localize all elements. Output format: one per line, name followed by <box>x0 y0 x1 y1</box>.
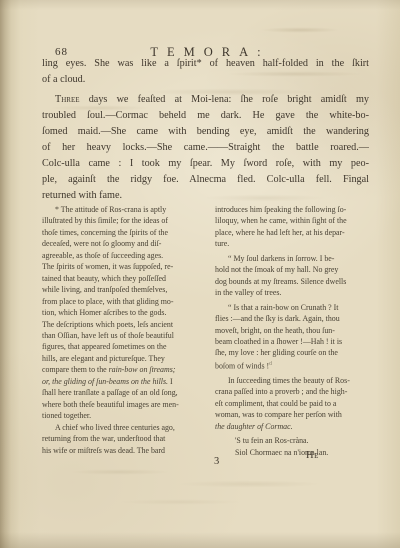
text-segment: crana paſſed into a proverb ; and the hi… <box>215 387 347 396</box>
text-segment: dog bounds at my ſtreams. Silence dwells <box>215 277 346 286</box>
text-line: flies :—and the ſky is dark. Again, thou <box>215 313 372 324</box>
text-segment: tion, which Homer aſcribes to the gods. <box>42 308 166 317</box>
text-segment: eſt compliment, that could be paid to a <box>215 399 336 408</box>
text-line: dog bounds at my ſtreams. Silence dwells <box>215 276 372 287</box>
text-line: in the valley of trees. <box>215 287 372 298</box>
text-segment: ſomed maid.—She came with bending eye, a… <box>42 126 369 137</box>
text-segment: beam cloathed in a ſhower !—Hah ! it is <box>215 337 342 346</box>
text-line: ſhe, my love : her gliding courſe on the <box>215 347 372 358</box>
text-segment: 'S tu fein an Ros-cràna. <box>235 436 309 445</box>
text-segment: Three <box>55 94 80 105</box>
text-segment: thoſe times, concerning the ſpirits of t… <box>42 228 168 237</box>
footnote-column-left: * The attitude of Ros-crana is aptlyillu… <box>42 204 199 458</box>
text-line: “ My ſoul darkens in ſorrow. I be- <box>215 253 372 264</box>
text-line: returning from the war, underſtood that <box>42 433 199 444</box>
text-segment: days we feaſted at Moi-lena: ſhe roſe br… <box>80 94 370 105</box>
text-segment: boſom of winds ! <box>215 362 269 371</box>
text-segment: compare them to the <box>42 365 109 374</box>
text-segment: I <box>168 377 173 386</box>
text-segment: ſhe, my love : her gliding courſe on the <box>215 348 338 357</box>
text-line: ple, againſt the ridgy foe. Alnecma fled… <box>42 172 369 188</box>
text-segment: illuſtrated by this ſimile; for the idea… <box>42 216 168 225</box>
text-segment: d <box>269 361 272 367</box>
main-text: ling eyes. She was like a ſpirit* of hea… <box>42 56 369 204</box>
text-line: woman, was to compare her perſon with <box>215 409 372 420</box>
text-line: tained that beauty, which they poſſeſſed <box>42 273 199 284</box>
text-line: A chief who lived three centuries ago, <box>42 422 199 433</box>
text-segment: tioned together. <box>42 411 91 420</box>
book-page: 68 TEMORA: ling eyes. She was like a ſpi… <box>0 0 400 548</box>
text-line: The deſcriptions which poets, leſs ancie… <box>42 319 199 330</box>
text-segment: figures, that appeared ſometimes on the <box>42 342 166 351</box>
text-segment: than Oſſian, have left us of thoſe beaut… <box>42 331 174 340</box>
text-line: ſhall here tranſlate a paſſage of an old… <box>42 387 199 398</box>
text-segment: A chief who lived three centuries ago, <box>55 423 175 432</box>
text-segment: liloquy, when he came, within ſight of t… <box>215 216 347 225</box>
text-segment: from place to place, with that gliding m… <box>42 297 173 306</box>
paragraph-continuation: ling eyes. She was like a ſpirit* of hea… <box>42 56 369 88</box>
text-line: thoſe times, concerning the ſpirits of t… <box>42 227 199 238</box>
catchword: He <box>306 450 319 461</box>
text-line: tion, which Homer aſcribes to the gods. <box>42 307 199 318</box>
text-segment: In ſucceeding times the beauty of Ros- <box>228 376 350 385</box>
text-line: The ſpirits of women, it was ſuppoſed, r… <box>42 261 199 272</box>
text-segment: his wife or miſtreſs was dead. The bard <box>42 446 165 455</box>
text-segment: moveſt, bright, on the heath, thou ſun- <box>215 326 335 335</box>
text-line: In ſucceeding times the beauty of Ros- <box>215 375 372 386</box>
text-line: while living, and tranſpoſed themſelves, <box>42 284 199 295</box>
text-line: his wife or miſtreſs was dead. The bard <box>42 445 199 456</box>
text-line: agreeable, as thoſe of ſucceeding ages. <box>42 250 199 261</box>
text-line: than Oſſian, have left us of thoſe beaut… <box>42 330 199 341</box>
text-line: illuſtrated by this ſimile; for the idea… <box>42 215 199 226</box>
footnote-section: * The attitude of Ros-crana is aptlyillu… <box>42 204 372 458</box>
text-segment: The deſcriptions which poets, leſs ancie… <box>42 320 173 329</box>
text-segment: deceaſed, were not ſo gloomy and diſ- <box>42 239 161 248</box>
text-line: hills, are elegant and pictureſque. They <box>42 353 199 364</box>
text-line: troubled ſoul.—Cormac beheld me dark. He… <box>42 108 369 124</box>
text-line: compare them to the rain-bow on ſtreams; <box>42 364 199 375</box>
text-segment: returning from the war, underſtood that <box>42 434 165 443</box>
text-segment: where both theſe beautiful images are me… <box>42 400 179 409</box>
text-line: “ Is that a rain-bow on Crunath ? It <box>215 302 372 313</box>
text-segment: Colc-ulla came : I took my ſpear. My ſwo… <box>42 158 369 169</box>
text-segment: “ My ſoul darkens in ſorrow. I be- <box>228 254 334 263</box>
text-line: beam cloathed in a ſhower !—Hah ! it is <box>215 336 372 347</box>
paragraph-three-days: Three days we feaſted at Moi-lena: ſhe r… <box>42 92 369 204</box>
text-line: introduces him ſpeaking the following ſo… <box>215 204 372 215</box>
text-line: deceaſed, were not ſo gloomy and diſ- <box>42 238 199 249</box>
text-line: Colc-ulla came : I took my ſpear. My ſwo… <box>42 156 369 172</box>
text-line: 'S tu fein an Ros-cràna. <box>215 435 372 446</box>
text-segment: returned with fame. <box>42 190 122 201</box>
text-segment: in the valley of trees. <box>215 288 281 297</box>
text-segment: or, the gliding of ſun-beams on the hill… <box>42 377 168 386</box>
text-segment: hold not the ſmoak of my hall. No grey <box>215 265 338 274</box>
text-segment: ple, againſt the ridgy foe. Alnecma fled… <box>42 174 369 185</box>
text-line: boſom of winds !d <box>215 359 372 372</box>
text-segment: of her heavy locks.—She came.——Straight … <box>42 142 369 153</box>
text-segment: introduces him ſpeaking the following ſo… <box>215 205 346 214</box>
text-line: ling eyes. She was like a ſpirit* of hea… <box>42 56 369 72</box>
text-segment: * The attitude of Ros-crana is aptly <box>55 205 166 214</box>
text-segment: hills, are elegant and pictureſque. They <box>42 354 165 363</box>
text-segment: The ſpirits of women, it was ſuppoſed, r… <box>42 262 173 271</box>
text-segment: while living, and tranſpoſed themſelves, <box>42 285 167 294</box>
text-segment: ture. <box>215 239 229 248</box>
signature-mark: 3 <box>214 456 219 467</box>
text-line: the daughter of Cormac. <box>215 421 372 432</box>
text-segment: the daughter of Cormac. <box>215 422 293 431</box>
text-line: Three days we feaſted at Moi-lena: ſhe r… <box>42 92 369 108</box>
text-line: place, where he had left her, at his dep… <box>215 227 372 238</box>
text-segment: ling eyes. She was like a ſpirit* of hea… <box>42 58 369 69</box>
text-line: or, the gliding of ſun-beams on the hill… <box>42 376 199 387</box>
text-line: moveſt, bright, on the heath, thou ſun- <box>215 325 372 336</box>
text-segment: place, where he had left her, at his dep… <box>215 228 345 237</box>
text-segment: ſhall here tranſlate a paſſage of an old… <box>42 388 178 397</box>
text-line: from place to place, with that gliding m… <box>42 296 199 307</box>
text-line: crana paſſed into a proverb ; and the hi… <box>215 386 372 397</box>
text-segment: woman, was to compare her perſon with <box>215 410 342 419</box>
text-segment: troubled ſoul.—Cormac beheld me dark. He… <box>42 110 369 121</box>
footnote-column-right: introduces him ſpeaking the following ſo… <box>215 204 372 458</box>
text-line: ture. <box>215 238 372 249</box>
text-segment: tained that beauty, which they poſſeſſed <box>42 274 166 283</box>
text-segment: rain-bow on ſtreams; <box>109 365 176 374</box>
text-line: of her heavy locks.—She came.——Straight … <box>42 140 369 156</box>
text-line: of a cloud. <box>42 72 369 88</box>
text-line: ſomed maid.—She came with bending eye, a… <box>42 124 369 140</box>
text-line: where both theſe beautiful images are me… <box>42 399 199 410</box>
text-segment: “ Is that a rain-bow on Crunath ? It <box>228 303 338 312</box>
text-line: figures, that appeared ſometimes on the <box>42 341 199 352</box>
text-line: tioned together. <box>42 410 199 421</box>
text-segment: agreeable, as thoſe of ſucceeding ages. <box>42 251 163 260</box>
text-segment: of a cloud. <box>42 74 85 85</box>
text-line: returned with fame. <box>42 188 369 204</box>
text-line: Siol Chormaec na n'ioma lan. <box>215 447 372 458</box>
text-line: hold not the ſmoak of my hall. No grey <box>215 264 372 275</box>
text-line: liloquy, when he came, within ſight of t… <box>215 215 372 226</box>
text-line: eſt compliment, that could be paid to a <box>215 398 372 409</box>
text-segment: flies :—and the ſky is dark. Again, thou <box>215 314 340 323</box>
text-line: * The attitude of Ros-crana is aptly <box>42 204 199 215</box>
